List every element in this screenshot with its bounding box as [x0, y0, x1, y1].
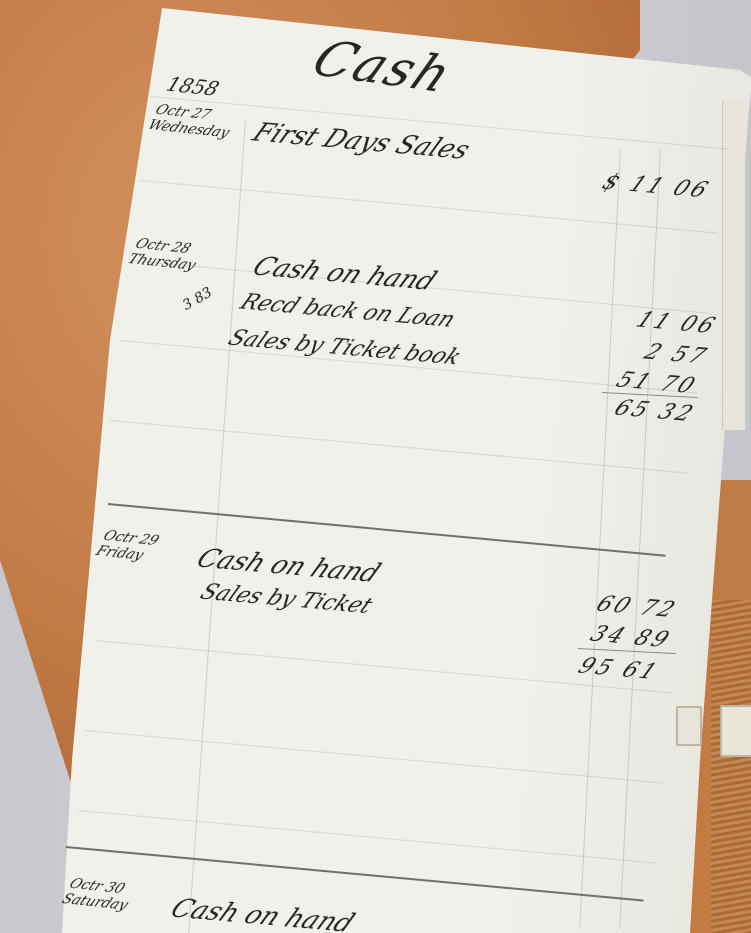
leather-cover-edge — [711, 600, 751, 933]
ledger-year: 1858 — [163, 72, 223, 101]
page-edge-tabs — [722, 100, 745, 430]
entry-line-amount: 2 57 — [640, 340, 713, 369]
cover-clasp — [720, 705, 751, 757]
entry-date: Octr 30 Saturday — [59, 876, 138, 913]
page-tab — [676, 706, 702, 746]
